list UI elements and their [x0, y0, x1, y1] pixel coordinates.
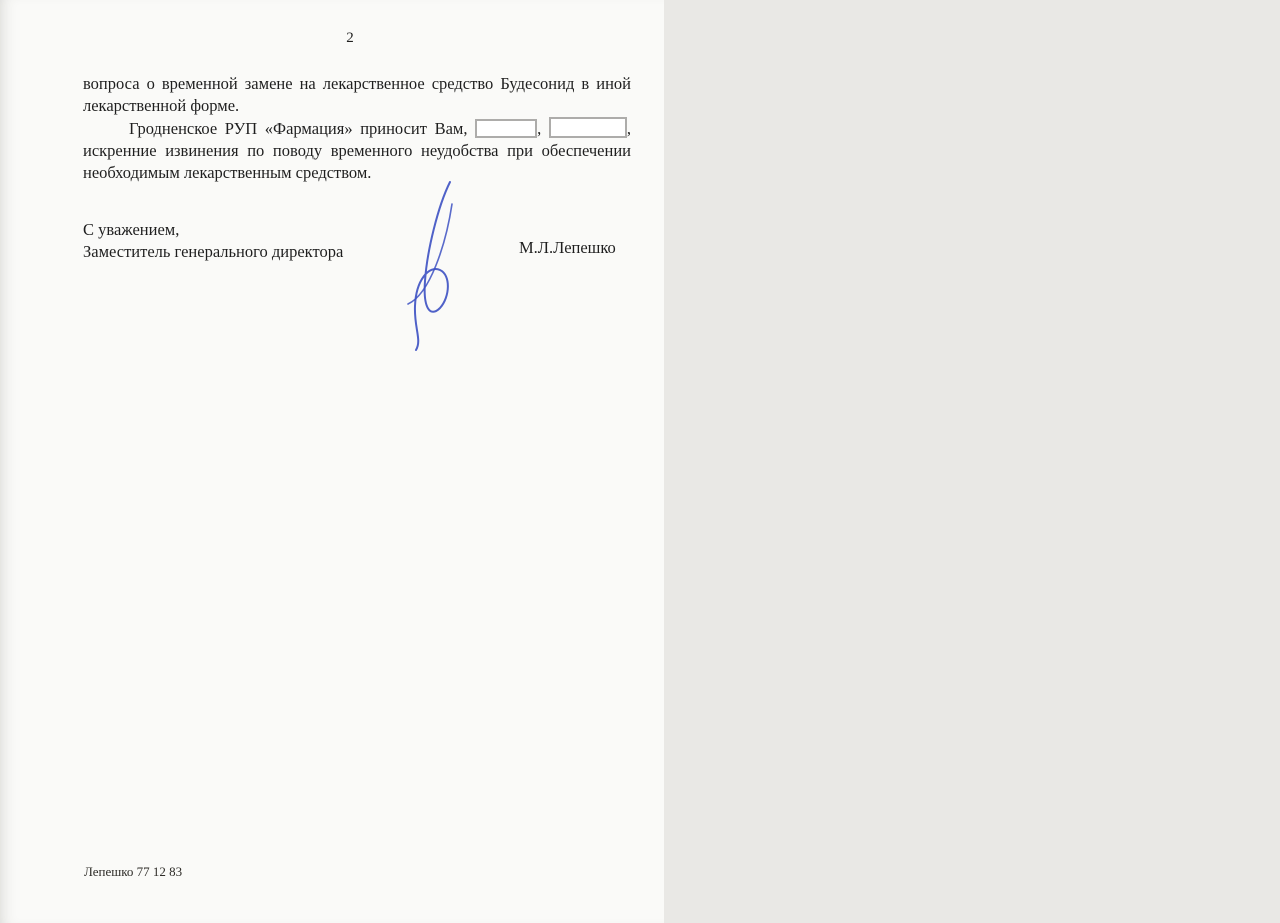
- redaction-box-name: [549, 117, 627, 138]
- signer-name: М.Л.Лепешко: [519, 238, 616, 258]
- redaction-box-name: [475, 119, 537, 138]
- paragraph-text: Гродненское РУП «Фармация» приносит Вам,: [129, 119, 475, 138]
- executor-note: Лепешко 77 12 83: [84, 864, 182, 880]
- page-number: 2: [330, 30, 370, 47]
- letter-body-continued: вопроса о временной замене на лекарствен…: [83, 73, 631, 184]
- paragraph: вопроса о временной замене на лекарствен…: [83, 73, 631, 117]
- paragraph-text: ,: [537, 119, 549, 138]
- letter-page-2: 2 вопроса о временной замене на лекарств…: [0, 0, 664, 923]
- scanned-letter-spread: Міністэрства аховы здароўя Рэспублікі Бе…: [0, 0, 1280, 923]
- closing-block: С уважением, Заместитель генерального ди…: [83, 219, 343, 262]
- paragraph: Гродненское РУП «Фармация» приносит Вам,…: [83, 117, 631, 184]
- signer-title: Заместитель генерального директора: [83, 241, 343, 263]
- signature-ink: [372, 176, 492, 354]
- closing-regards: С уважением,: [83, 219, 343, 241]
